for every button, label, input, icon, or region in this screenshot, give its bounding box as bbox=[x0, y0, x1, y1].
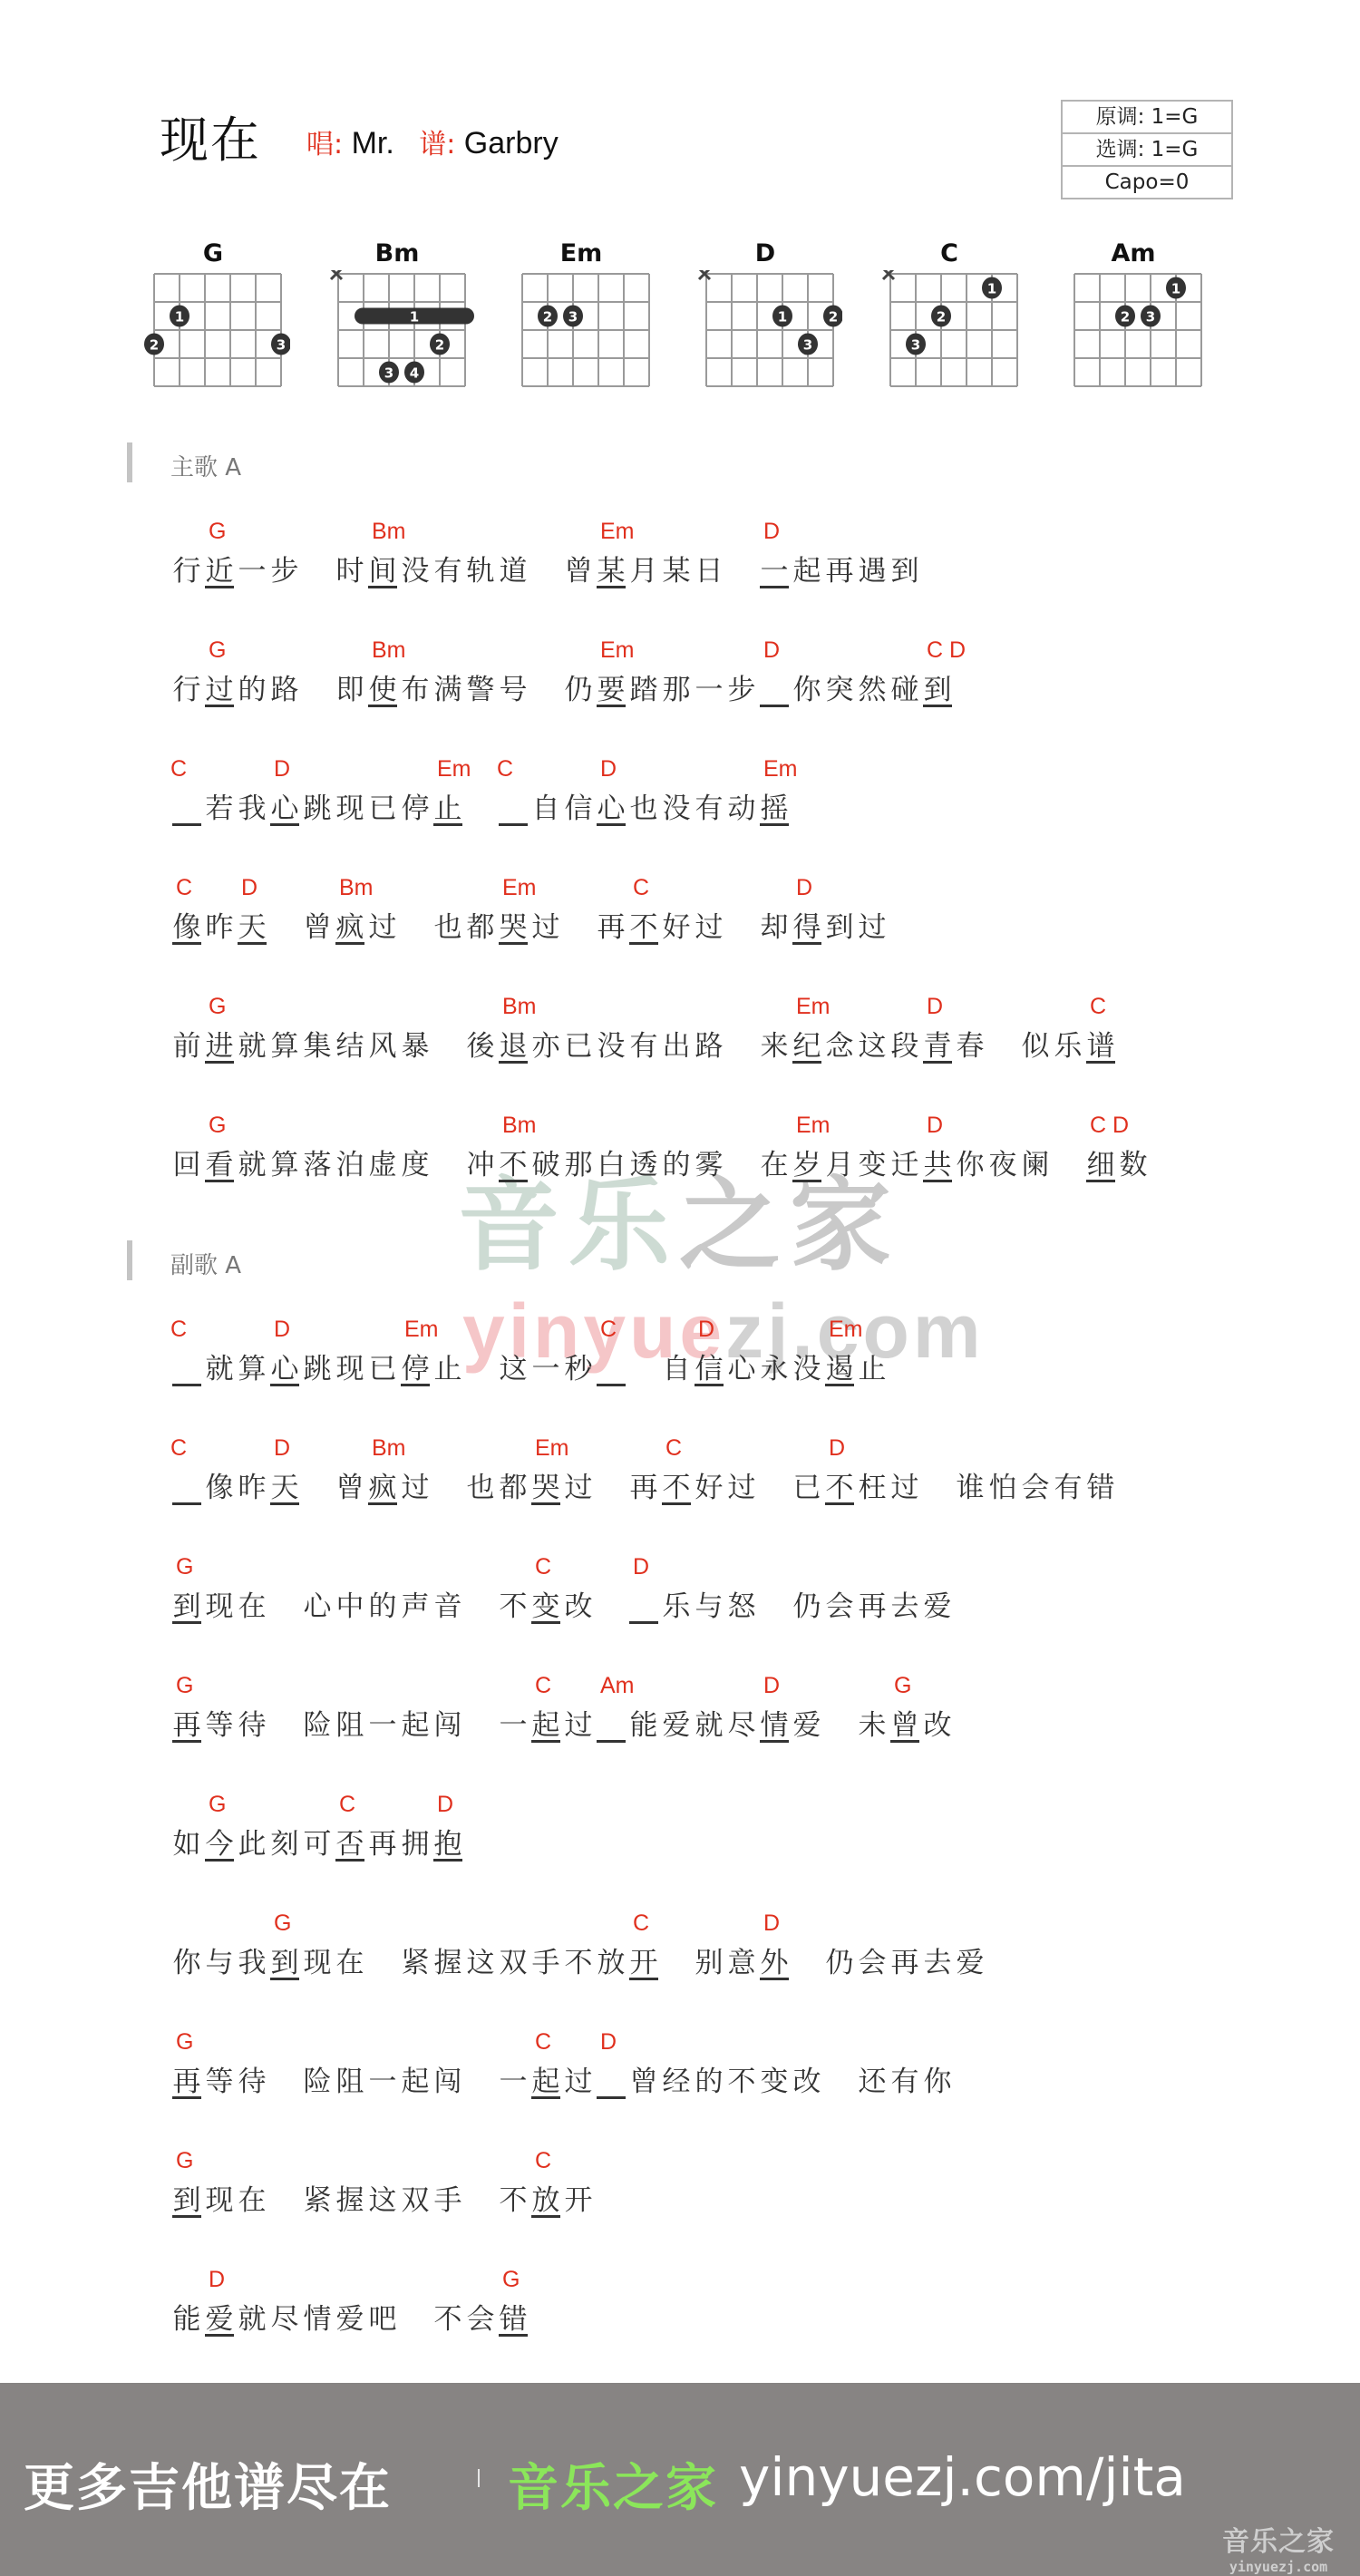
lyric-char: 你 bbox=[170, 1939, 203, 1980]
lyric-cell: G错 bbox=[497, 2267, 529, 2357]
lyric-char: 就 bbox=[203, 1346, 236, 1386]
section-label: 主歌 A bbox=[170, 449, 241, 482]
lyric-cell: 行 bbox=[170, 637, 203, 728]
lyric-char: 来 bbox=[758, 1023, 791, 1064]
lyric-cell: 声 bbox=[399, 1554, 432, 1645]
lyric-char: 这 bbox=[366, 2177, 399, 2218]
lyric-char: 步 bbox=[725, 666, 758, 707]
lyric-char: 迁 bbox=[889, 1142, 921, 1182]
lyric-char: 过 bbox=[693, 904, 725, 945]
lyric-cell: C bbox=[170, 1317, 203, 1407]
lyric-char: 一 bbox=[366, 1702, 399, 1743]
lyric-char: 算 bbox=[268, 1023, 301, 1064]
lyric-char: 再 bbox=[856, 1583, 889, 1624]
lyric-cell: 有 bbox=[432, 519, 464, 609]
lyric-cell: 险 bbox=[301, 1673, 334, 1764]
capo-value: Capo=0 bbox=[1063, 167, 1231, 198]
lyric-cell: 好 bbox=[693, 1435, 725, 1526]
lyric-cell bbox=[464, 1673, 497, 1764]
lyric-char: 等 bbox=[203, 2058, 236, 2099]
lyric-cell bbox=[921, 1435, 954, 1526]
lyric-cell: 不 bbox=[725, 2029, 758, 2120]
chord-marker: D bbox=[600, 2029, 617, 2056]
lyric-char: 像 bbox=[170, 904, 203, 945]
chord-marker: D bbox=[763, 637, 780, 664]
lyric-char: 得 bbox=[791, 904, 823, 945]
lyric-cell: 拥 bbox=[399, 1792, 432, 1882]
lyric-char: 如 bbox=[170, 1821, 203, 1862]
lyric-char: 似 bbox=[1019, 1023, 1052, 1064]
lyric-cell: G看 bbox=[203, 1113, 236, 1203]
key-info-box: 原调: 1=G 选调: 1=G Capo=0 bbox=[1061, 100, 1233, 199]
lyric-cell: D bbox=[627, 1554, 660, 1645]
lyric-char: 改 bbox=[791, 2058, 823, 2099]
lyric-cell: 过 bbox=[693, 875, 725, 966]
lyric-char: 起 bbox=[529, 1702, 562, 1743]
lyric-cell: Bm疯 bbox=[334, 875, 366, 966]
lyric-cell: 现 bbox=[301, 1910, 334, 2001]
lyric-cell: 与 bbox=[203, 1910, 236, 2001]
lyric-cell bbox=[627, 1317, 660, 1407]
chord-marker: Em bbox=[763, 756, 798, 783]
lyric-cell: C谱 bbox=[1084, 994, 1117, 1084]
lyric-cell: 心 bbox=[725, 1317, 758, 1407]
chord-marker: G bbox=[502, 2267, 520, 2293]
lyric-cell: 数 bbox=[1117, 1113, 1150, 1203]
lyric-cell: 警 bbox=[464, 637, 497, 728]
lyric-cell: 阑 bbox=[1019, 1113, 1052, 1203]
lyric-char: 不 bbox=[823, 1464, 856, 1505]
lyric-cell: D一 bbox=[758, 519, 791, 609]
lyric-char: 那 bbox=[660, 666, 693, 707]
lyric-cell bbox=[986, 994, 1019, 1084]
chord-marker: D bbox=[698, 1317, 714, 1343]
lyric-char: 後 bbox=[464, 1023, 497, 1064]
lyric-char: 声 bbox=[399, 1583, 432, 1624]
lyric-cell: 跳 bbox=[301, 1317, 334, 1407]
chord-marker: G bbox=[894, 1673, 911, 1699]
lyric-char: 去 bbox=[921, 1939, 954, 1980]
lyric-cell: Em哭 bbox=[497, 875, 529, 966]
lyric-char: 天 bbox=[236, 904, 268, 945]
lyric-cell: D bbox=[758, 637, 791, 728]
lyric-cell: D心 bbox=[595, 756, 627, 847]
lyric-char: 已 bbox=[366, 785, 399, 826]
lyric-char: 白 bbox=[595, 1142, 627, 1182]
lyric-char: 间 bbox=[366, 548, 399, 588]
lyric-cell: 跳 bbox=[301, 756, 334, 847]
lyric-cell: 再 bbox=[595, 875, 627, 966]
lyric-cell: 吧 bbox=[366, 2267, 399, 2357]
lyric-cell: G近 bbox=[203, 519, 236, 609]
lyric-cell: 有 bbox=[627, 994, 660, 1084]
lyric-cell: 爱 bbox=[660, 1673, 693, 1764]
lyric-cell: 在 bbox=[236, 1554, 268, 1645]
lyric-char: 到 bbox=[170, 1583, 203, 1624]
lyric-cell: 结 bbox=[334, 994, 366, 1084]
lyric-cell: 会 bbox=[464, 2267, 497, 2357]
lyric-cell: 雾 bbox=[693, 1113, 725, 1203]
lyric-cell: 後 bbox=[464, 994, 497, 1084]
lyric-char: 就 bbox=[236, 2296, 268, 2337]
chord-marker: G bbox=[209, 519, 226, 545]
lyric-cell: 行 bbox=[170, 519, 203, 609]
lyric-char: 度 bbox=[399, 1142, 432, 1182]
lyric-char: 遇 bbox=[856, 548, 889, 588]
lyric-cell: 等 bbox=[203, 2029, 236, 2120]
lyric-cell: 碰 bbox=[889, 637, 921, 728]
lyric-cell: 满 bbox=[432, 637, 464, 728]
lyric-cell bbox=[758, 1435, 791, 1526]
lyric-cell: 这 bbox=[497, 1317, 529, 1407]
chord-marker: C bbox=[665, 1435, 682, 1462]
lyric-cell: C放 bbox=[529, 2148, 562, 2239]
lyric-cell: Em纪 bbox=[791, 994, 823, 1084]
chord-marker: D bbox=[274, 1317, 290, 1343]
lyric-char: 也 bbox=[432, 904, 464, 945]
chord-name: Bm bbox=[320, 239, 474, 267]
lyric-char: 在 bbox=[236, 2177, 268, 2218]
lyric-char: 虚 bbox=[366, 1142, 399, 1182]
lyric-cell: 你 bbox=[791, 637, 823, 728]
lyric-cell: 起 bbox=[791, 519, 823, 609]
lyric-char: 吧 bbox=[366, 2296, 399, 2337]
lyric-char: 紧 bbox=[301, 2177, 334, 2218]
lyric-char: 现 bbox=[334, 1346, 366, 1386]
lyric-cell: Em要 bbox=[595, 637, 627, 728]
lyric-cell: 的 bbox=[660, 1113, 693, 1203]
svg-text:1: 1 bbox=[175, 309, 184, 326]
lyric-char: 别 bbox=[693, 1939, 725, 1980]
lyric-cell: 再 bbox=[823, 519, 856, 609]
lyric-char: 起 bbox=[791, 548, 823, 588]
lyric-char: 没 bbox=[399, 548, 432, 588]
footer-url-link[interactable]: yinyuezj.com/jita bbox=[739, 2446, 1186, 2508]
lyric-cell: 过 bbox=[399, 1435, 432, 1526]
lyric-cell: 一 bbox=[366, 2029, 399, 2120]
lyric-cell bbox=[268, 875, 301, 966]
fretboard-grid-icon: 23 bbox=[504, 270, 658, 397]
lyric-cell: C变 bbox=[529, 1554, 562, 1645]
lyric-char: 天 bbox=[268, 1464, 301, 1505]
lyric-char: 自 bbox=[529, 785, 562, 826]
lyric-char: 泊 bbox=[334, 1142, 366, 1182]
chord-marker: C bbox=[600, 1317, 617, 1343]
lyric-cell: G到 bbox=[170, 2148, 203, 2239]
lyric-char: 号 bbox=[497, 666, 529, 707]
lyric-cell: 我 bbox=[236, 756, 268, 847]
lyric-cell: 阻 bbox=[334, 1673, 366, 1764]
lyric-cell: 现 bbox=[334, 756, 366, 847]
lyric-char: 再 bbox=[170, 1702, 203, 1743]
svg-text:1: 1 bbox=[410, 309, 419, 326]
lyric-char: 在 bbox=[334, 1939, 366, 1980]
lyric-char: 一 bbox=[497, 1702, 529, 1743]
lyric-char: 变 bbox=[758, 2058, 791, 2099]
lyric-cell: Em摇 bbox=[758, 756, 791, 847]
lyric-cell: 再 bbox=[856, 1554, 889, 1645]
lyric-cell: 道 bbox=[497, 519, 529, 609]
lyric-char: 没 bbox=[660, 785, 693, 826]
lyric-cell: 一 bbox=[366, 1673, 399, 1764]
lyric-cell: D心 bbox=[268, 1317, 301, 1407]
lyric-cell: 你 bbox=[921, 2029, 954, 2120]
lyric-cell: 爱 bbox=[791, 1673, 823, 1764]
lyric-char: 细 bbox=[1084, 1142, 1117, 1182]
lyric-char: 爱 bbox=[791, 1702, 823, 1743]
lyric-cell: C像 bbox=[170, 875, 203, 966]
chord-diagram: Bm1234 bbox=[320, 239, 474, 403]
lyric-char: 信 bbox=[693, 1346, 725, 1386]
chord-underline bbox=[172, 823, 201, 826]
lyric-cell: 到 bbox=[823, 875, 856, 966]
lyric-cell: 就 bbox=[693, 1673, 725, 1764]
lyric-char: 月 bbox=[627, 548, 660, 588]
lyric-cell: C起 bbox=[529, 1673, 562, 1764]
lyric-char: 不 bbox=[562, 1939, 595, 1980]
chord-marker: C bbox=[497, 756, 513, 783]
lyric-char: 有 bbox=[889, 2058, 921, 2099]
lyric-char: 岁 bbox=[791, 1142, 823, 1182]
lyric-char: 现 bbox=[203, 1583, 236, 1624]
chord-marker: D bbox=[274, 1435, 290, 1462]
chord-marker: C bbox=[535, 2148, 551, 2174]
lyric-char: 过 bbox=[856, 904, 889, 945]
lyric-char: 碰 bbox=[889, 666, 921, 707]
svg-text:2: 2 bbox=[829, 309, 838, 326]
lyric-cell: C否 bbox=[334, 1792, 366, 1882]
footer-brand: 音乐之家 bbox=[508, 2448, 718, 2521]
lyric-char: 雾 bbox=[693, 1142, 725, 1182]
lyric-cell: D不 bbox=[823, 1435, 856, 1526]
lyric-cell: G过 bbox=[203, 637, 236, 728]
lyric-cell: 错 bbox=[1084, 1435, 1117, 1526]
lyric-char: 手 bbox=[432, 2177, 464, 2218]
svg-text:3: 3 bbox=[384, 365, 393, 382]
lyric-char: 信 bbox=[562, 785, 595, 826]
lyric-char: 仍 bbox=[791, 1583, 823, 1624]
lyric-cell bbox=[399, 2267, 432, 2357]
lyric-char: 我 bbox=[236, 1939, 268, 1980]
lyric-cell: 月 bbox=[823, 1113, 856, 1203]
original-key: 原调: 1=G bbox=[1063, 102, 1231, 134]
lyric-cell: 改 bbox=[921, 1673, 954, 1764]
lyric-cell: D共 bbox=[921, 1113, 954, 1203]
lyric-cell: D信 bbox=[693, 1317, 725, 1407]
lyric-char: 紧 bbox=[399, 1939, 432, 1980]
lyric-cell: 爱 bbox=[954, 1910, 986, 2001]
lyric-char: 心 bbox=[595, 785, 627, 826]
lyric-char: 暴 bbox=[399, 1023, 432, 1064]
lyric-char: 曾 bbox=[889, 1702, 921, 1743]
lyric-cell: Am bbox=[595, 1673, 627, 1764]
lyric-char: 曾 bbox=[334, 1464, 366, 1505]
lyric-char: 你 bbox=[921, 2058, 954, 2099]
chord-underline bbox=[629, 1621, 658, 1624]
lyric-char: 有 bbox=[693, 785, 725, 826]
lyric-cell: 布 bbox=[399, 637, 432, 728]
lyric-cell: 尽 bbox=[268, 2267, 301, 2357]
lyric-cell: 一 bbox=[236, 519, 268, 609]
lyric-cell: 有 bbox=[693, 756, 725, 847]
lyric-cell: D抱 bbox=[432, 1792, 464, 1882]
lyric-char: 摇 bbox=[758, 785, 791, 826]
lyric-cell: 就 bbox=[203, 1317, 236, 1407]
chord-marker: G bbox=[176, 2029, 193, 2056]
lyric-cell: G进 bbox=[203, 994, 236, 1084]
lyric-char: 会 bbox=[464, 2296, 497, 2337]
chord-marker: D bbox=[600, 756, 617, 783]
lyric-char: 改 bbox=[921, 1702, 954, 1743]
lyric-cell: 泊 bbox=[334, 1113, 366, 1203]
lyric-cell: 亦 bbox=[529, 994, 562, 1084]
lyric-cell: 信 bbox=[562, 756, 595, 847]
footer-banner: 更多吉他谱尽在 音乐之家 yinyuezj.com/jita 音乐之家 yiny… bbox=[0, 2383, 1360, 2576]
lyric-cell: 闯 bbox=[432, 2029, 464, 2120]
lyric-char: 闯 bbox=[432, 2058, 464, 2099]
lyric-cell bbox=[399, 875, 432, 966]
lyric-char: 纪 bbox=[791, 1023, 823, 1064]
lyric-cell: 这 bbox=[366, 2148, 399, 2239]
lyric-cell: 然 bbox=[856, 637, 889, 728]
lyric-cell: 枉 bbox=[856, 1435, 889, 1526]
lyric-cell: 手 bbox=[432, 2148, 464, 2239]
lyric-cell bbox=[268, 1554, 301, 1645]
lyric-cell: Em遏 bbox=[823, 1317, 856, 1407]
lyric-char: 也 bbox=[464, 1464, 497, 1505]
lyric-char: 还 bbox=[856, 2058, 889, 2099]
lyric-cell: 这 bbox=[464, 1910, 497, 2001]
chord-underline bbox=[597, 1384, 626, 1386]
lyric-cell: 如 bbox=[170, 1792, 203, 1882]
lyric-cell: 有 bbox=[889, 2029, 921, 2120]
lyric-char: 手 bbox=[529, 1939, 562, 1980]
lyric-char: 时 bbox=[334, 548, 366, 588]
section-label: 副歌 A bbox=[170, 1247, 241, 1280]
lyric-cell: 冲 bbox=[464, 1113, 497, 1203]
chord-marker: C bbox=[170, 1435, 187, 1462]
lyric-char: 过 bbox=[529, 904, 562, 945]
lyric-cell: Em停 bbox=[399, 1317, 432, 1407]
lyric-cell: 爱 bbox=[921, 1554, 954, 1645]
lyric-char: 不 bbox=[627, 904, 660, 945]
lyric-cell: 昨 bbox=[203, 875, 236, 966]
lyric-char: 过 bbox=[562, 1464, 595, 1505]
chord-diagram: Am123 bbox=[1056, 239, 1210, 403]
lyric-char: 自 bbox=[660, 1346, 693, 1386]
lyric-char: 路 bbox=[693, 1023, 725, 1064]
lyric-char: 秒 bbox=[562, 1346, 595, 1386]
lyric-char: 一 bbox=[497, 2058, 529, 2099]
lyric-cell: 那 bbox=[660, 637, 693, 728]
lyric-char: 结 bbox=[334, 1023, 366, 1064]
lyric-cell: 路 bbox=[268, 637, 301, 728]
chord-marker: C D bbox=[927, 637, 966, 664]
lyric-cell: 过 bbox=[529, 875, 562, 966]
lyric-char: 已 bbox=[366, 1346, 399, 1386]
lyric-cell: 放 bbox=[595, 1910, 627, 2001]
lyric-char: 会 bbox=[856, 1939, 889, 1980]
fretboard-grid-icon: 123 bbox=[872, 270, 1026, 397]
song-title: 现在 bbox=[160, 102, 261, 171]
lyric-cell: 某 bbox=[660, 519, 693, 609]
lyric-char: 集 bbox=[301, 1023, 334, 1064]
lyric-cell: 未 bbox=[856, 1673, 889, 1764]
lyric-char: 哭 bbox=[497, 904, 529, 945]
chord-marker: G bbox=[209, 637, 226, 664]
lyric-cell: C开 bbox=[627, 1910, 660, 2001]
lyric-char: 双 bbox=[497, 1939, 529, 1980]
svg-text:2: 2 bbox=[937, 309, 946, 326]
lyric-cell: C bbox=[497, 756, 529, 847]
lyric-char: 改 bbox=[562, 1583, 595, 1624]
lyric-char: 经 bbox=[660, 2058, 693, 2099]
lyric-char: 跳 bbox=[301, 1346, 334, 1386]
lyric-cell: G今 bbox=[203, 1792, 236, 1882]
lyric-cell: 集 bbox=[301, 994, 334, 1084]
lyric-cell: 来 bbox=[758, 994, 791, 1084]
lyric-char: 过 bbox=[562, 1702, 595, 1743]
lyric-char: 疯 bbox=[334, 904, 366, 945]
lyric-char: 与 bbox=[203, 1939, 236, 1980]
lyric-cell: 一 bbox=[497, 1673, 529, 1764]
lyric-cell: 曾 bbox=[627, 2029, 660, 2120]
lyric-cell: 会 bbox=[823, 1554, 856, 1645]
lyric-char: 过 bbox=[203, 666, 236, 707]
svg-text:2: 2 bbox=[435, 337, 444, 354]
lyric-char: 警 bbox=[464, 666, 497, 707]
lyric-cell: 不 bbox=[497, 2148, 529, 2239]
site-logo: 音乐之家 yinyuezj.com bbox=[1206, 2519, 1351, 2575]
chord-marker: C bbox=[535, 1673, 551, 1699]
svg-text:2: 2 bbox=[543, 309, 552, 326]
chord-underline bbox=[172, 1502, 201, 1505]
lyric-cell: C bbox=[170, 1435, 203, 1526]
lyric-cell bbox=[301, 519, 334, 609]
lyric-char: 没 bbox=[791, 1346, 823, 1386]
lyric-char: 布 bbox=[399, 666, 432, 707]
lyric-cell: 刻 bbox=[268, 1792, 301, 1882]
lyric-cell: 号 bbox=[497, 637, 529, 728]
lyric-char: 一 bbox=[529, 1346, 562, 1386]
lyric-cell: 好 bbox=[660, 875, 693, 966]
lyric-char: 再 bbox=[595, 904, 627, 945]
lyric-cell: 出 bbox=[660, 994, 693, 1084]
lyric-char: 破 bbox=[529, 1142, 562, 1182]
lyric-char: 你 bbox=[791, 666, 823, 707]
lyric-char: 乐 bbox=[660, 1583, 693, 1624]
lyric-cell: 还 bbox=[856, 2029, 889, 2120]
lyric-cell: 的 bbox=[236, 637, 268, 728]
lyric-char: 仍 bbox=[562, 666, 595, 707]
lyric-cell: 都 bbox=[497, 1435, 529, 1526]
lyric-char: 现 bbox=[334, 785, 366, 826]
section-bar bbox=[127, 1240, 132, 1280]
lyric-cell: 会 bbox=[1019, 1435, 1052, 1526]
site-logo-cn: 音乐之家 bbox=[1206, 2519, 1351, 2559]
lyric-cell bbox=[464, 1317, 497, 1407]
chord-marker: G bbox=[274, 1910, 291, 1937]
chord-marker: D bbox=[796, 875, 812, 901]
lyric-cell bbox=[791, 1910, 823, 2001]
lyric-cell: 起 bbox=[399, 1673, 432, 1764]
lyric-cell bbox=[823, 1673, 856, 1764]
lyric-char: 的 bbox=[366, 1583, 399, 1624]
lyric-char: 今 bbox=[203, 1821, 236, 1862]
lyric-cell: 停 bbox=[399, 756, 432, 847]
lyric-cell: 现 bbox=[203, 2148, 236, 2239]
fretboard-grid-icon: 1234 bbox=[320, 270, 474, 397]
